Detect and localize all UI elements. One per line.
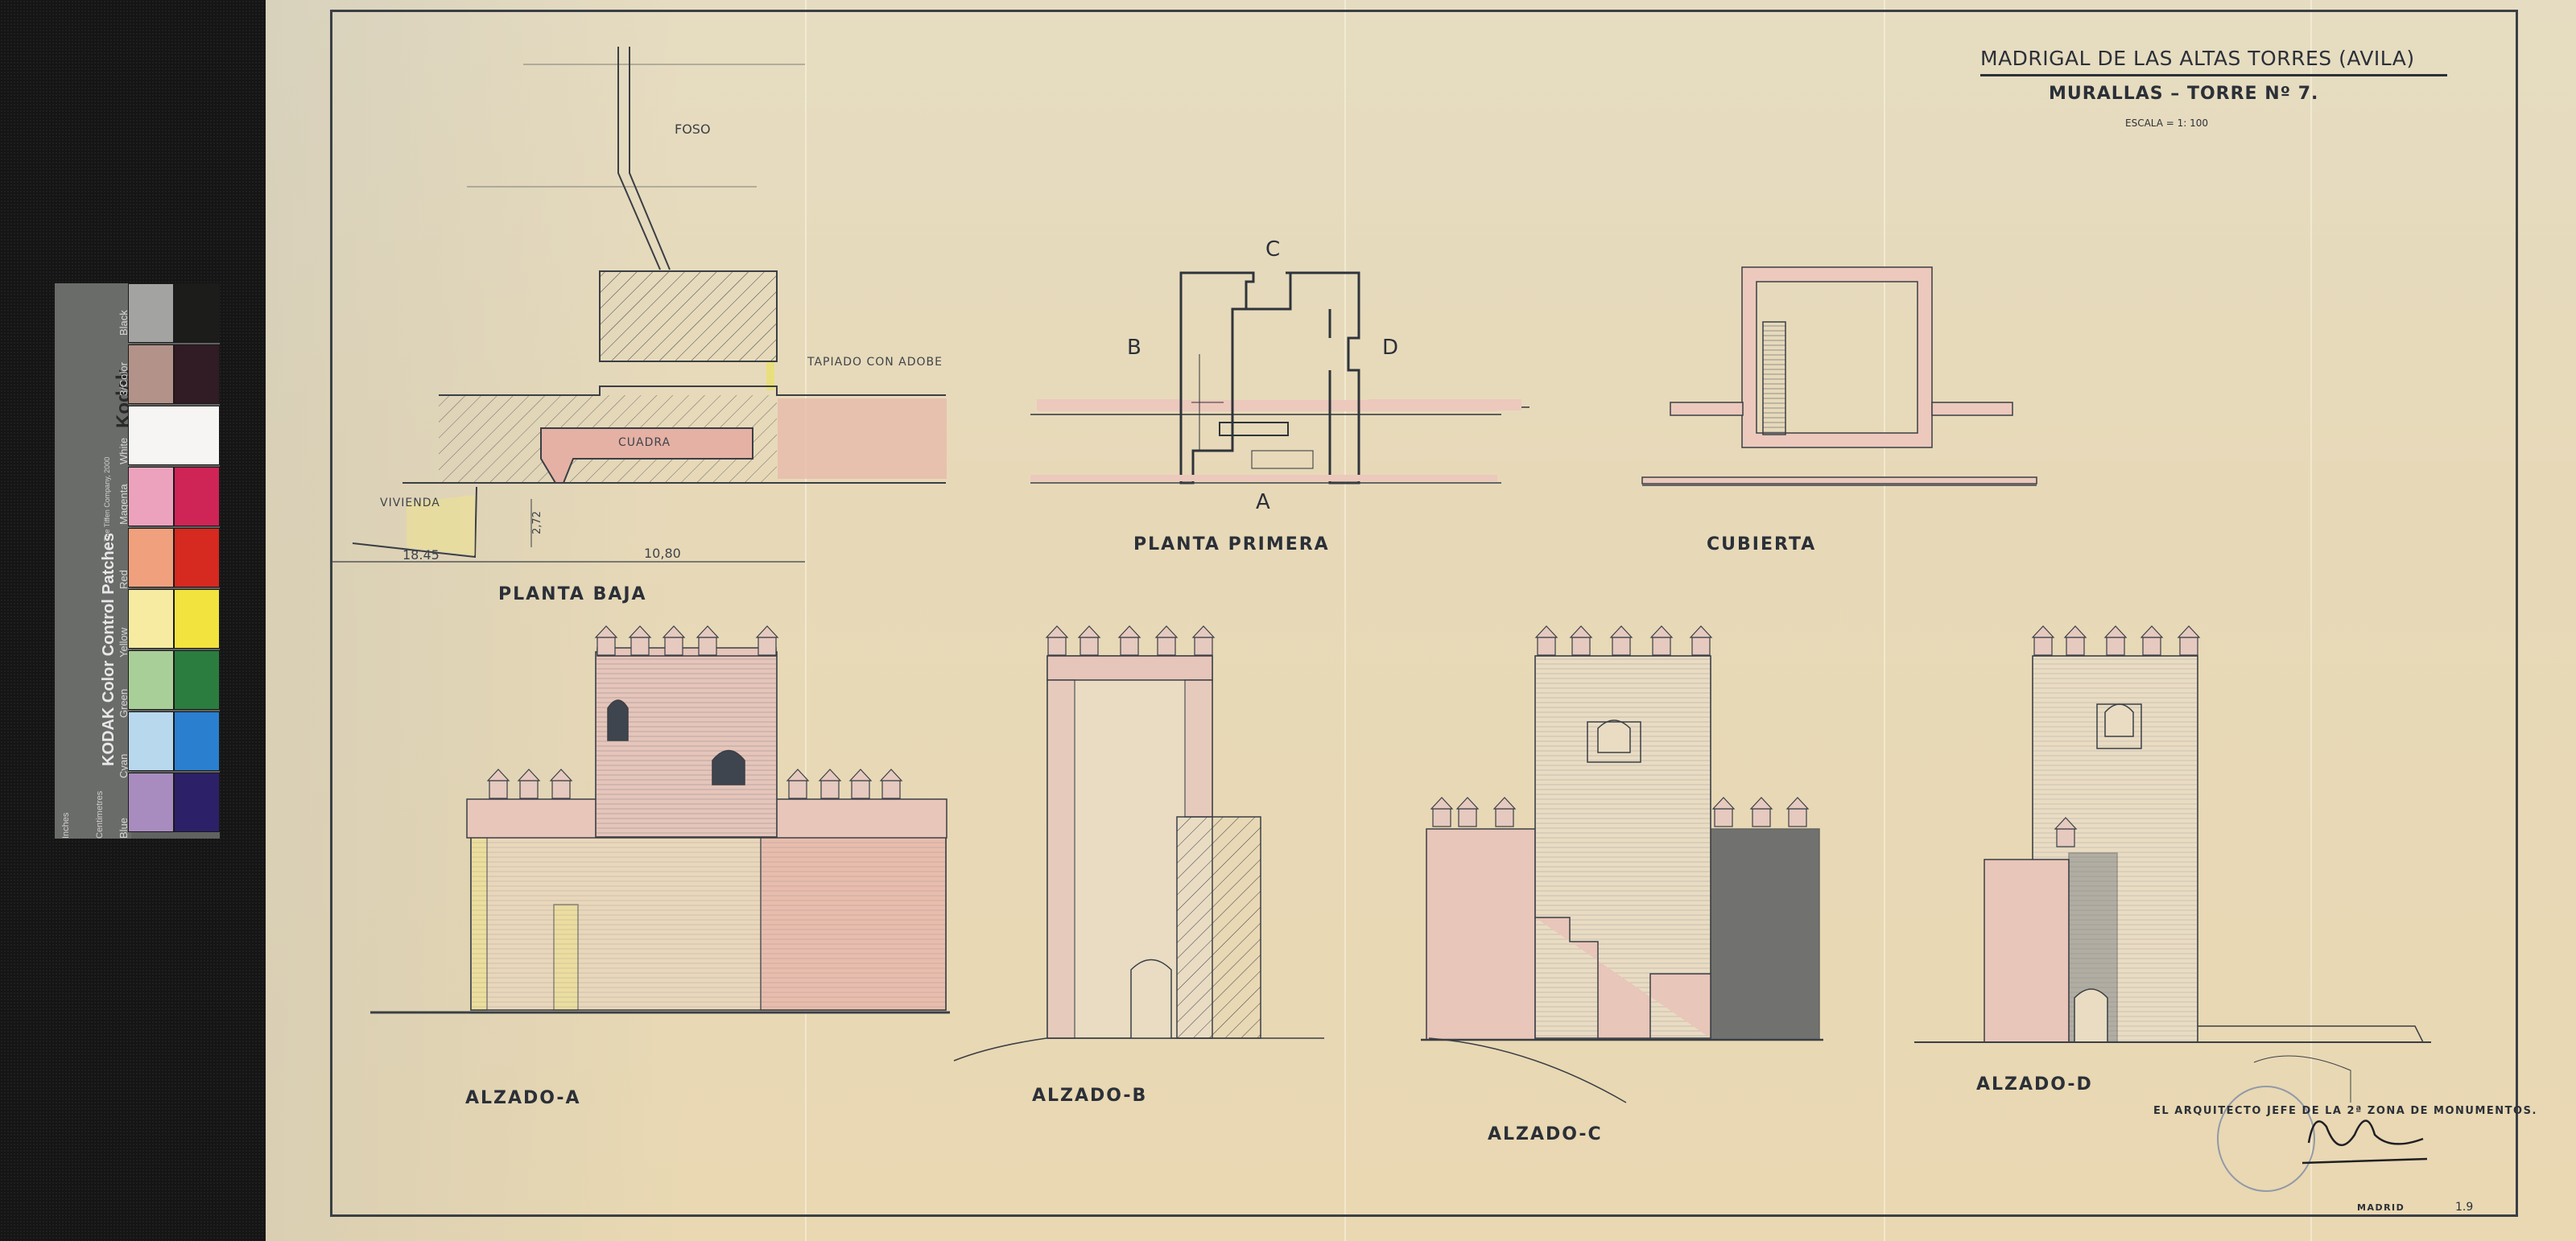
label-cubierta: CUBIERTA (1707, 534, 1816, 555)
label-planta-baja: PLANTA BAJA (498, 584, 647, 604)
orientation-a: A (1256, 490, 1270, 514)
architect-signature (2302, 1121, 2427, 1164)
dimension-18-45: 18.45 (402, 547, 440, 563)
label-foso: FOSO (675, 122, 711, 137)
label-cuadra: CUADRA (618, 436, 671, 449)
plan-planta-primera (1030, 273, 1529, 483)
orientation-c: C (1265, 237, 1280, 262)
label-planta-primera: PLANTA PRIMERA (1133, 534, 1330, 555)
plan-planta-baja (332, 47, 947, 562)
elevation-alzado-a (370, 648, 950, 1012)
label-alzado-a: ALZADO-A (465, 1088, 581, 1108)
alzado-b-merlons (1046, 626, 1214, 655)
dimension-2-72: 2,72 (531, 511, 543, 534)
architectural-drawings: FOSO C B D A (0, 0, 2576, 1241)
sheet-number: 1.9 (2455, 1201, 2473, 1214)
label-tapiado-con-adobe: TAPIADO CON ADOBE (807, 356, 943, 369)
elevation-alzado-c (1421, 656, 1823, 1103)
elevation-alzado-d (1914, 656, 2431, 1103)
orientation-b: B (1127, 336, 1141, 360)
sheet-title: MADRIGAL DE LAS ALTAS TORRES (AVILA) (1980, 47, 2415, 70)
label-alzado-d: ALZADO-D (1976, 1074, 2093, 1095)
official-stamp (2218, 1086, 2314, 1191)
plan-cubierta (1642, 267, 2037, 485)
label-vivienda: VIVIENDA (380, 497, 440, 509)
sheet-subtitle: MURALLAS – TORRE Nº 7. (2049, 84, 2318, 104)
title-underline (1980, 74, 2447, 76)
elevation-alzado-b (954, 656, 1324, 1061)
architect-caption: EL ARQUITECTO JEFE DE LA 2ª ZONA DE MONU… (2153, 1105, 2537, 1117)
orientation-d: D (1382, 336, 1398, 360)
dimension-10-80: 10,80 (644, 546, 681, 561)
place-madrid: MADRID (2357, 1202, 2405, 1213)
label-alzado-c: ALZADO-C (1488, 1124, 1603, 1144)
sheet-scale: ESCALA = 1: 100 (2125, 118, 2208, 129)
label-alzado-b: ALZADO-B (1032, 1086, 1147, 1106)
